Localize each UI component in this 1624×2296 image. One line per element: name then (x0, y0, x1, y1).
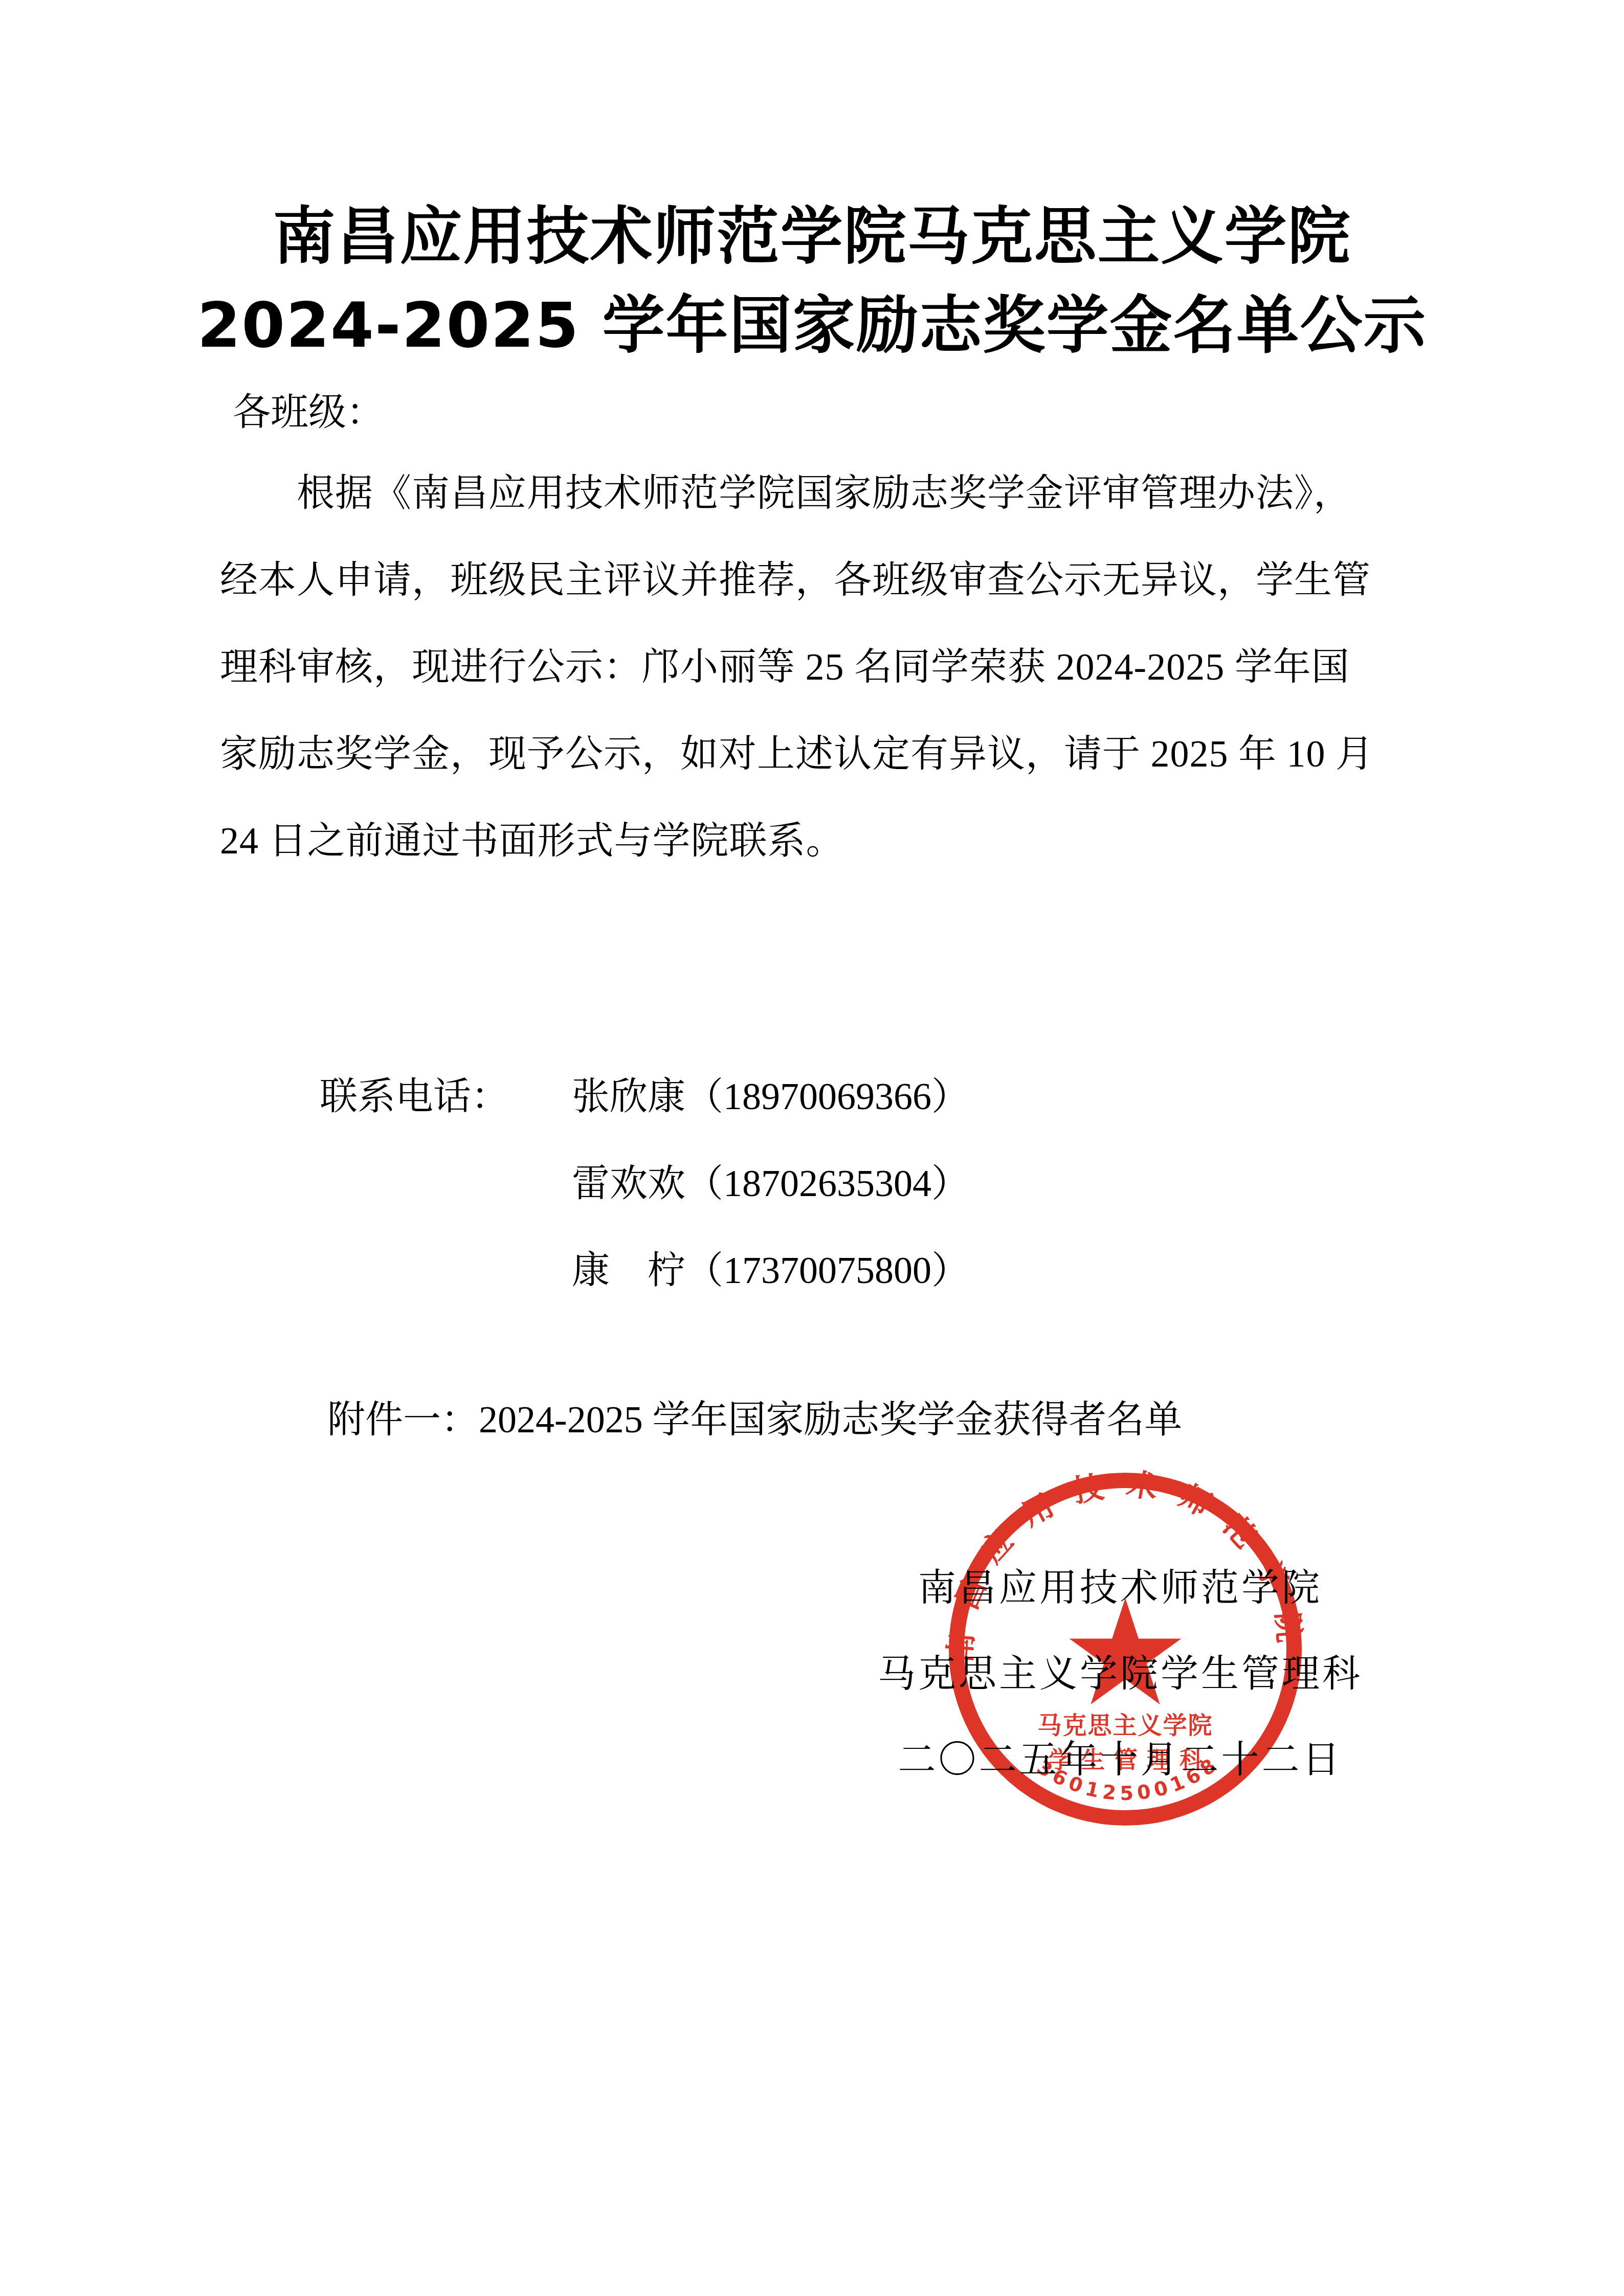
contact-entry: 康 柠（17370075800） (572, 1227, 969, 1314)
document-title-line1: 南昌应用技术师范学院马克思主义学院 (0, 195, 1624, 277)
contact-entry: 张欣康（18970069366） (572, 1053, 969, 1140)
body-paragraph: 根据《南昌应用技术师范学院国家励志奖学金评审管理办法》， 经本人申请，班级民主评… (220, 450, 1412, 885)
seal-star-icon (1070, 1598, 1182, 1704)
attachment-line: 附件一：2024-2025 学年国家励志奖学金获得者名单 (327, 1377, 1182, 1464)
contact-entry: 雷欢欢（18702635304） (572, 1140, 969, 1227)
seal-org-line1: 马克思主义学院 (1038, 1712, 1213, 1740)
body-line: 经本人申请，班级民主评议并推荐，各班级审查公示无异议，学生管 (220, 537, 1412, 624)
document-title-line2: 2024-2025 学年国家励志奖学金名单公示 (0, 284, 1624, 366)
body-line: 理科审核，现进行公示：邝小丽等 25 名同学荣获 2024-2025 学年国 (220, 624, 1412, 711)
salutation: 各班级： (233, 369, 384, 456)
body-line: 家励志奖学金，现予公示，如对上述认定有异议，请于 2025 年 10 月 (220, 711, 1412, 798)
official-seal-stamp: 南昌应用技术师范学院 马克思主义学院 学生管理科 3601250016894 (931, 1455, 1320, 1843)
contact-list: 张欣康（18970069366） 雷欢欢（18702635304） 康 柠（17… (572, 1053, 969, 1314)
contact-phone-label: 联系电话： (320, 1053, 509, 1140)
document-page: 南昌应用技术师范学院马克思主义学院 2024-2025 学年国家励志奖学金名单公… (0, 0, 1624, 2296)
body-line: 根据《南昌应用技术师范学院国家励志奖学金评审管理办法》， (220, 450, 1412, 537)
body-line: 24 日之前通过书面形式与学院联系。 (220, 798, 1412, 885)
